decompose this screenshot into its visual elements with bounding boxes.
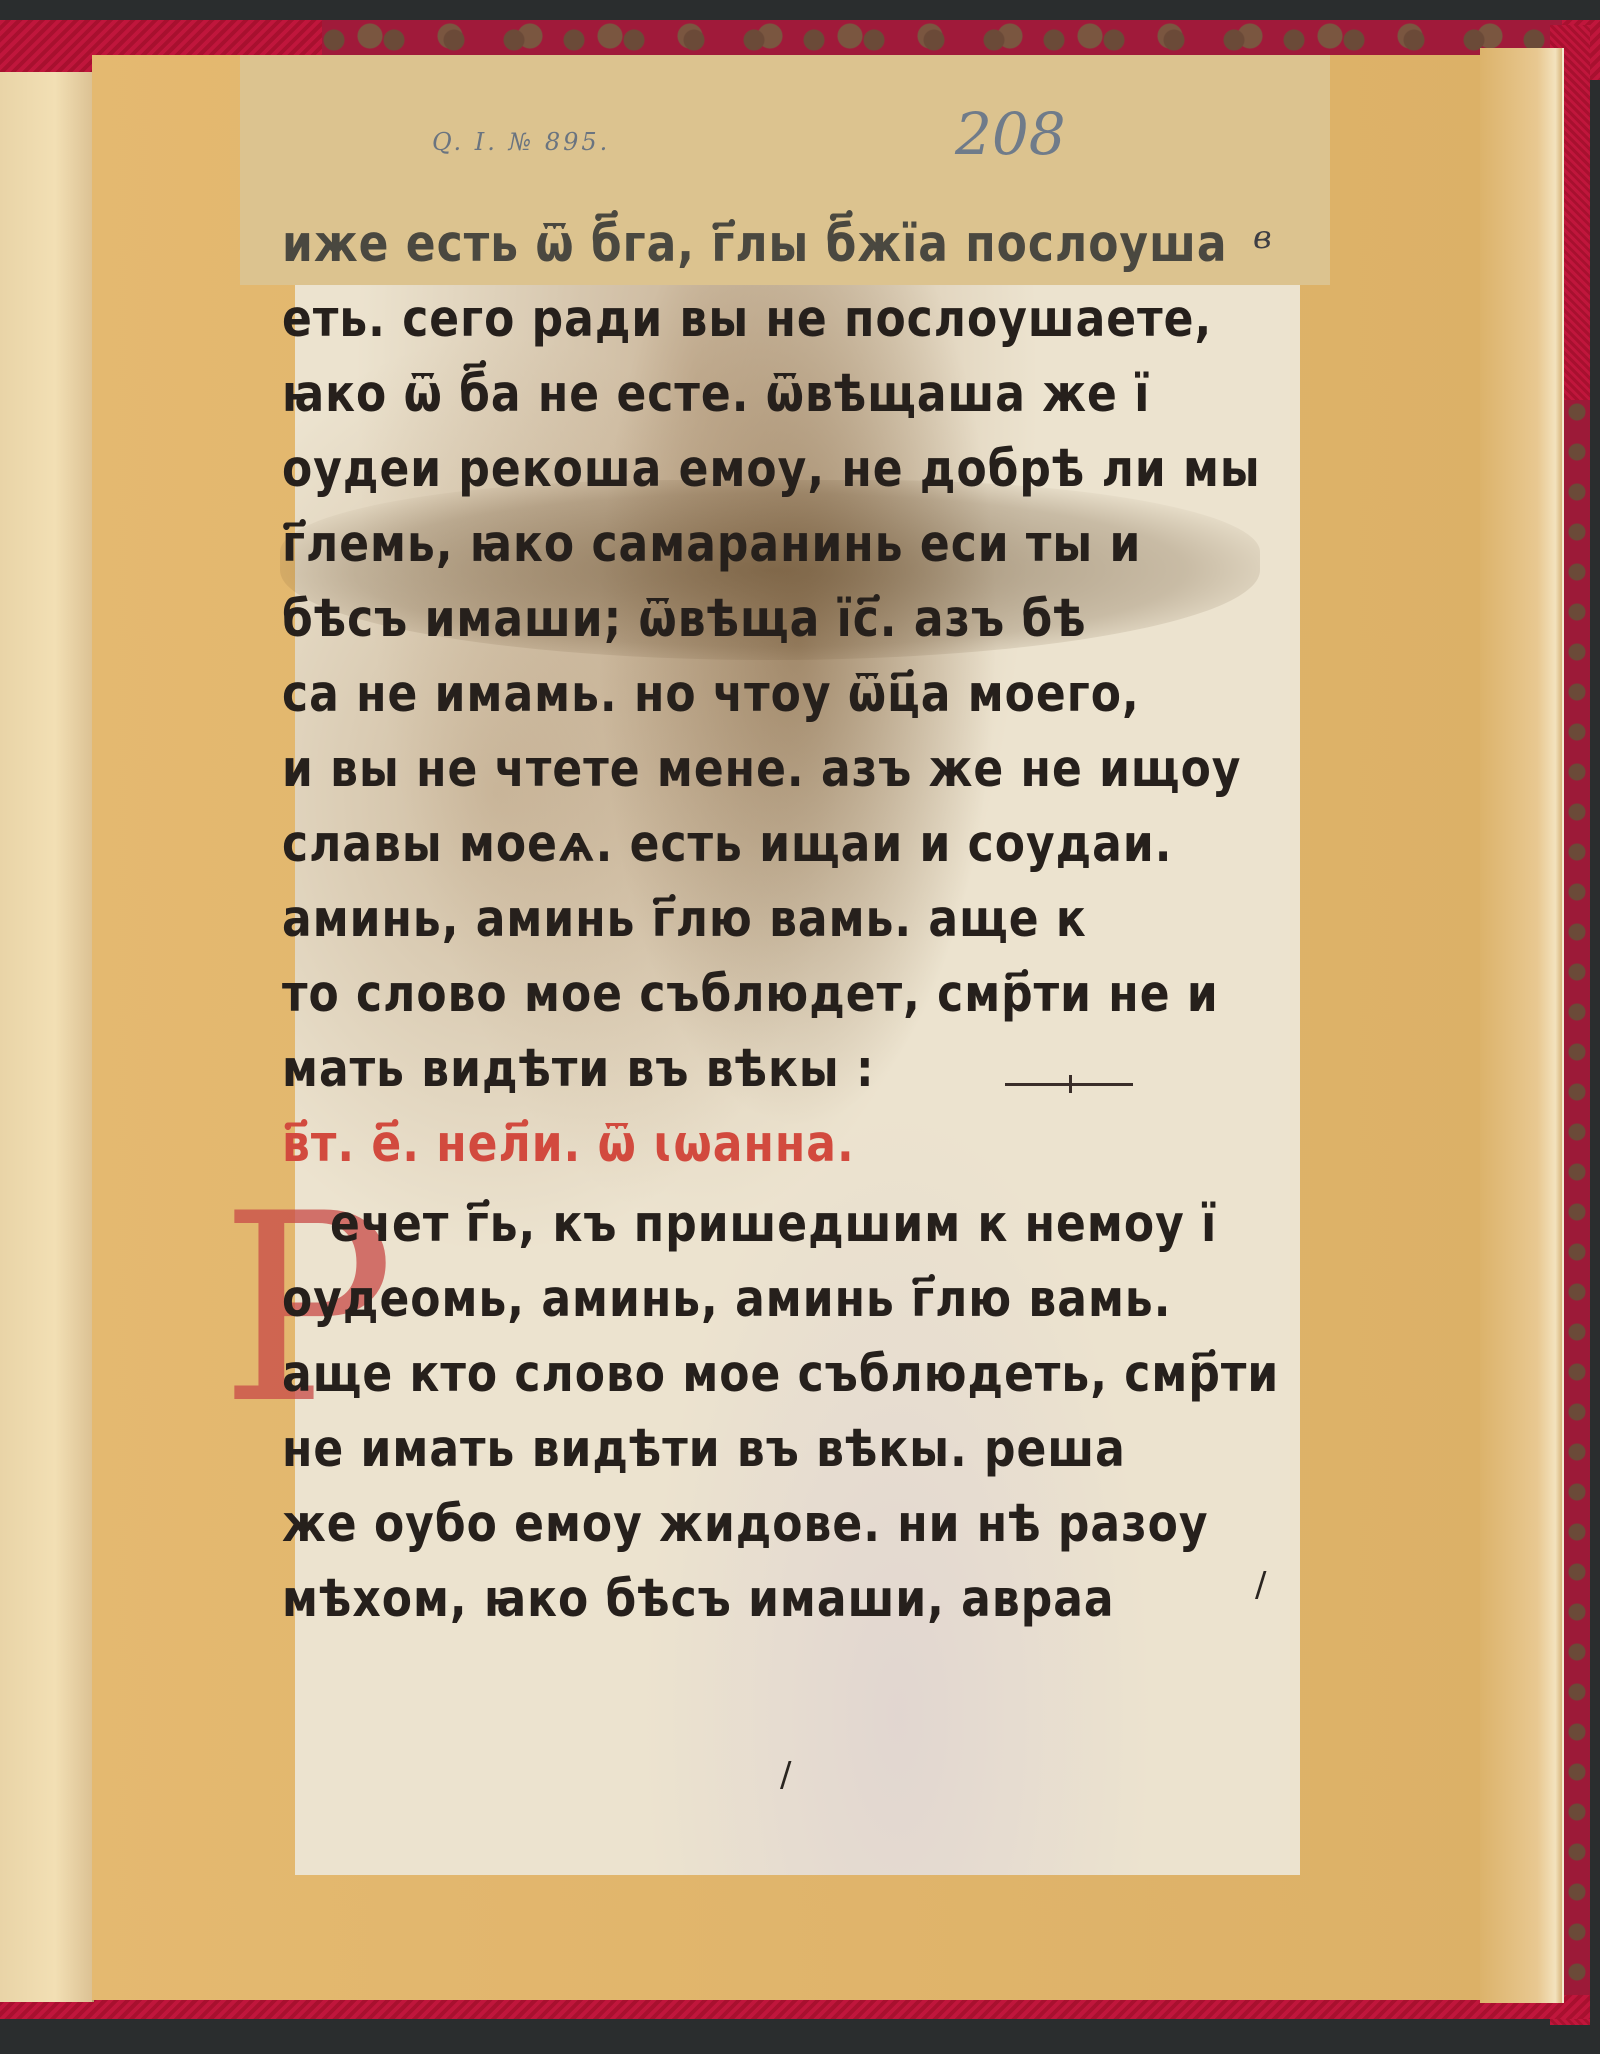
text-line: аще кто слово мое съблюдеть, смр҃ти — [282, 1345, 1279, 1404]
marbled-board-top — [322, 20, 1562, 60]
marbled-board-right — [1564, 400, 1590, 2000]
text-line: бѣсъ имаши; ѿвѣща їс҃. азъ бѣ — [282, 590, 1087, 649]
text-line: и вы не чтете мене. азъ же не ищоу — [282, 740, 1241, 799]
text-line: г҃лемь, ꙗко самаранинь еси ты и — [282, 515, 1141, 574]
text-line: иже есть ѿ б҃га, г҃лы б҃жїа послоуша — [282, 215, 1228, 274]
text-line: ꙗко ѿ б҃а не есте. ѿвѣщаша же ї — [282, 365, 1150, 424]
flyleaf-left — [0, 72, 94, 2002]
text-line: аминь, аминь г҃лю вамь. аще к — [282, 890, 1087, 949]
margin-mark: / — [780, 1755, 791, 1795]
shelfmark: Q. I. № 895. — [432, 128, 610, 156]
text-line: са не имамь. но чтоу ѿц҃а моего, — [282, 665, 1140, 724]
margin-letter: в — [1253, 218, 1272, 256]
text-line: же оубо емоу жидове. ни нѣ разоу — [282, 1495, 1209, 1554]
text-line: славы моеѧ. есть ищаи и соудаи. — [282, 815, 1172, 874]
text-line: еть. сего ради вы не послоушаете, — [282, 290, 1212, 349]
margin-mark: / — [1255, 1565, 1266, 1605]
text-line: не имать видѣти въ вѣкы. реша — [282, 1420, 1126, 1479]
folio-number: 208 — [955, 100, 1066, 168]
text-line: мѣхом, ꙗко бѣсъ имаши, авраа — [282, 1570, 1115, 1629]
text-line: мать видѣти въ вѣкы : — [282, 1040, 875, 1099]
text-line: оудеи рекоша емоу, не добрѣ ли мы — [282, 440, 1261, 499]
text-line: то слово мое съблюдет, смр҃ти не и — [282, 965, 1219, 1024]
page-stack-edge — [1480, 48, 1564, 2003]
section-end-rule — [1005, 1083, 1133, 1086]
text-line: ечет г҃ь, къ пришедшим к немоу ї — [330, 1195, 1217, 1254]
text-line: оудеомь, аминь, аминь г҃лю вамь. — [282, 1270, 1171, 1329]
